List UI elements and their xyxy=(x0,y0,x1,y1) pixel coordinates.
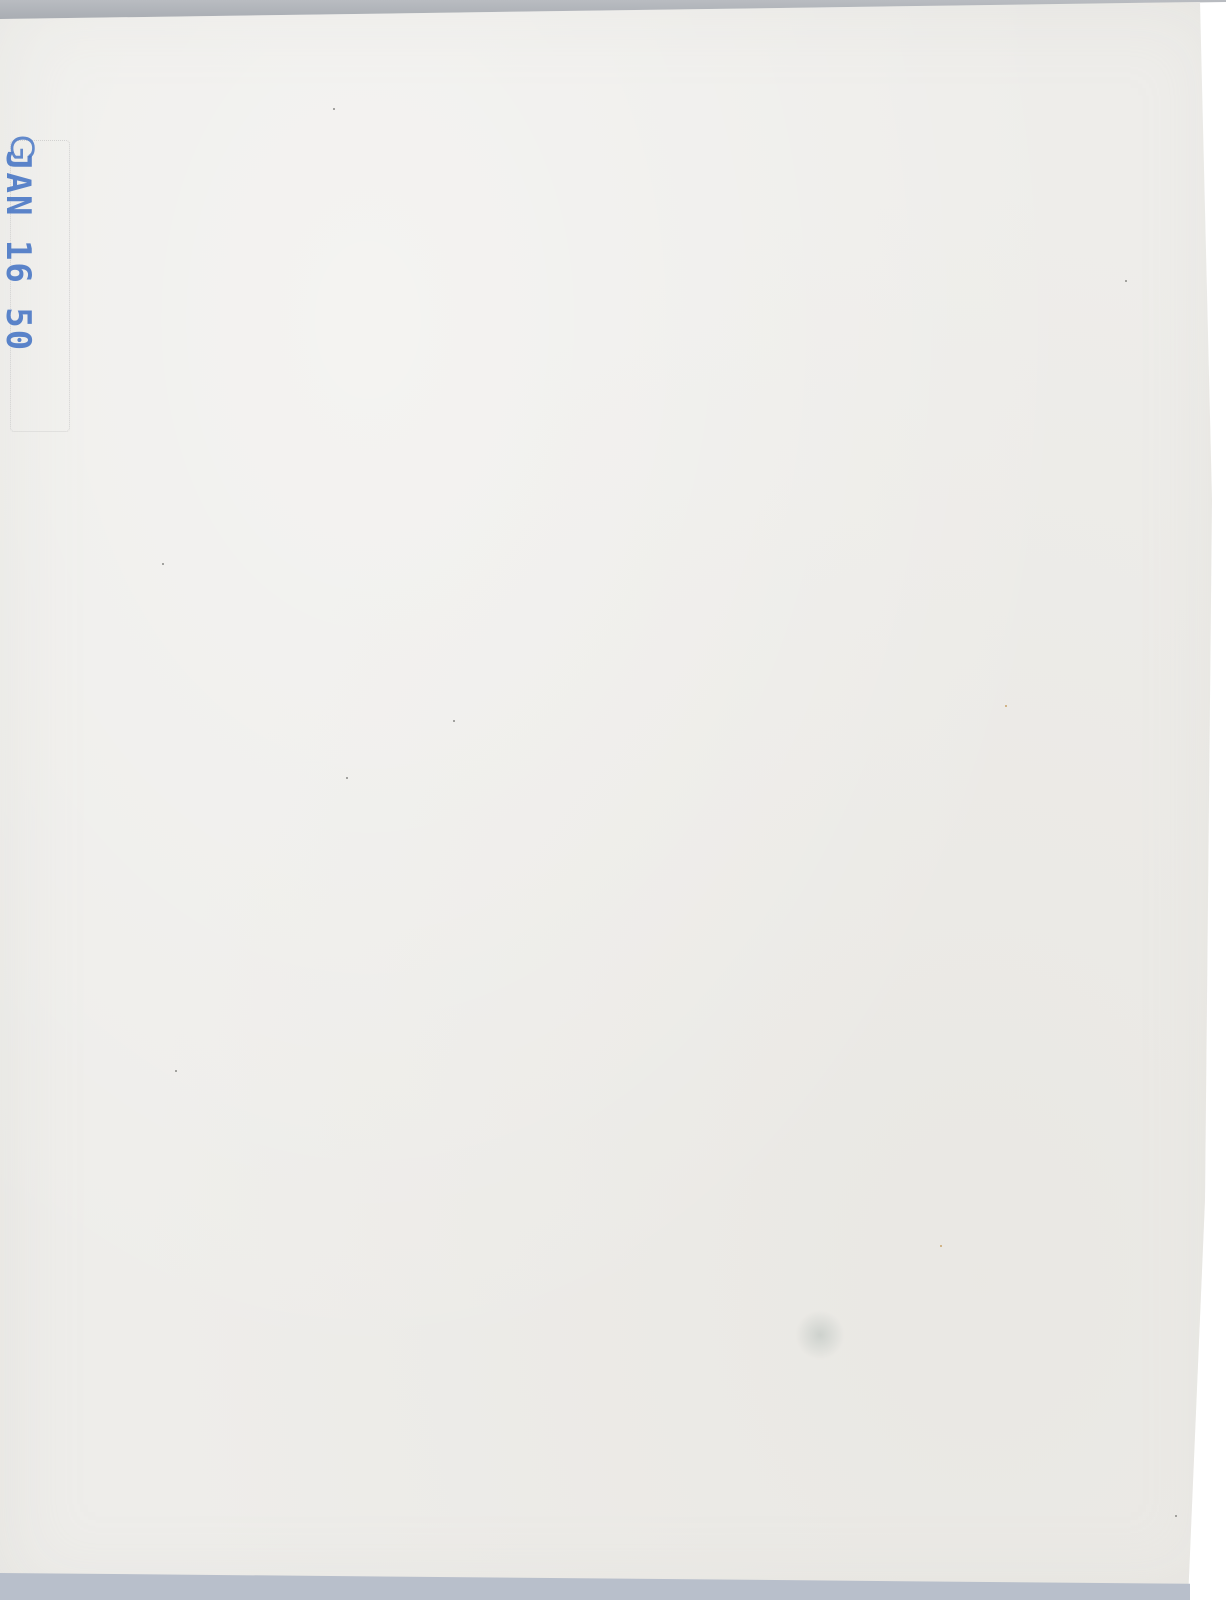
paper-smudge xyxy=(795,1310,845,1360)
paper-speck xyxy=(453,720,455,722)
paper-speck xyxy=(175,1070,177,1072)
paper-speck xyxy=(1125,280,1127,282)
paper-speck xyxy=(333,108,335,110)
date-stamp: JAN 16 50 xyxy=(0,150,38,352)
paper-speck xyxy=(1175,1515,1177,1517)
paper-speck xyxy=(346,777,348,779)
paper-speck xyxy=(1005,705,1007,707)
paper-sheet xyxy=(0,0,1226,1600)
paper-speck xyxy=(940,1245,942,1247)
paper-speck xyxy=(162,563,164,565)
